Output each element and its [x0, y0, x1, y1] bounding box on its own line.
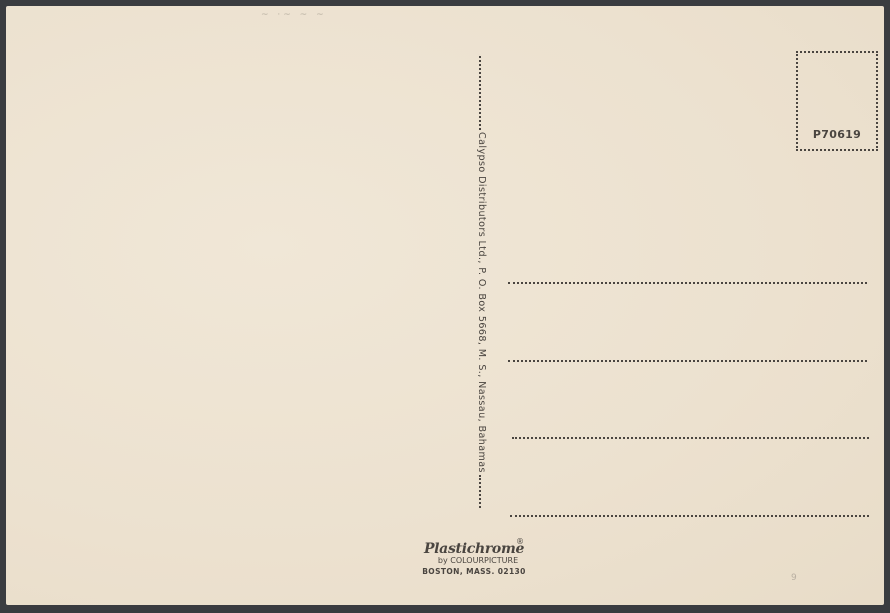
publisher-city: BOSTON, MASS. 02130	[422, 567, 526, 576]
dotted-trailer	[479, 475, 481, 508]
publisher-logo: Plastichrome ® by COLOURPICTURE BOSTON, …	[422, 541, 526, 576]
publisher-byline: by COLOURPICTURE	[422, 556, 526, 565]
address-line-3	[512, 437, 869, 439]
postcard-back: ~ ·~ ~ ~ P70619 Calypso Distributors Ltd…	[6, 6, 884, 605]
address-line-1	[508, 282, 867, 284]
address-line-4	[510, 515, 869, 517]
address-line-2	[508, 360, 867, 362]
center-divider: Calypso Distributors Ltd., P. O. Box 566…	[474, 54, 490, 510]
distributor-text: Calypso Distributors Ltd., P. O. Box 566…	[477, 132, 488, 473]
stamp-box: P70619	[796, 51, 878, 151]
divider-caption: Calypso Distributors Ltd., P. O. Box 566…	[474, 54, 490, 510]
brand-name: Plastichrome	[422, 541, 526, 557]
dotted-leader	[479, 56, 481, 130]
pencil-scribble: ~ ·~ ~ ~	[261, 10, 327, 20]
stamp-code: P70619	[798, 128, 876, 141]
registered-mark: ®	[516, 537, 524, 546]
pencil-mark: 9	[791, 573, 797, 583]
